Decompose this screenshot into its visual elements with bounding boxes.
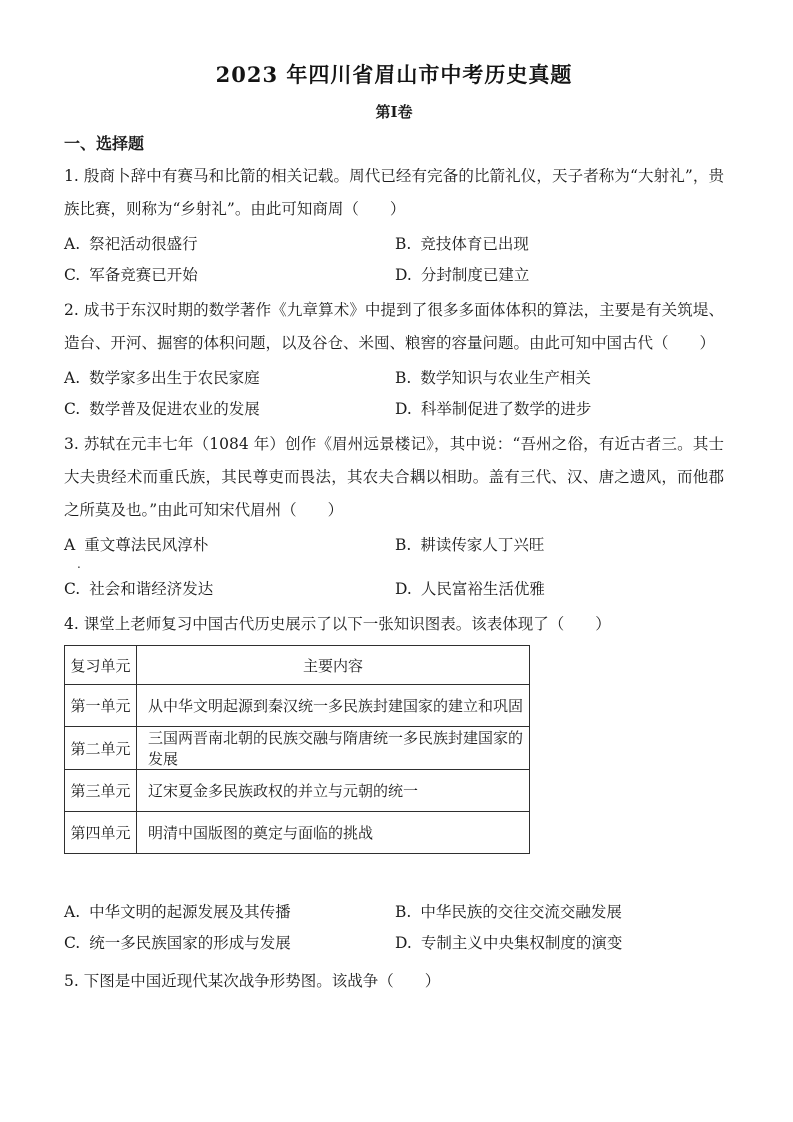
option-text: 科举制促进了数学的进步 [421,397,592,419]
question-4-option-d: D. 专制主义中央集权制度的演变 [395,931,724,953]
question-3-option-d: D. 人民富裕生活优雅 [395,577,724,599]
table-row: 第二单元 三国两晋南北朝的民族交融与隋唐统一多民族封建国家的发展 [65,727,530,770]
option-label: B. [395,536,411,554]
option-label: A. [64,903,80,921]
section-heading: 一、选择题 [64,133,724,155]
question-3-option-c: C. 社会和谐经济发达 [64,577,395,599]
option-text: 数学家多出生于农民家庭 [89,366,260,388]
table-cell-unit: 第三单元 [65,770,137,812]
option-label: C. [64,580,80,598]
question-2: 2. 成书于东汉时期的数学著作《九章算术》中提到了很多多面体体积的算法，主要是有… [64,294,724,423]
question-1-text: 1. 殷商卜辞中有赛马和比箭的相关记载。周代已经有完备的比箭礼仪，天子者称为“大… [64,160,724,226]
question-1-option-c: C. 军备竞赛已开始 [64,263,395,285]
option-text: 中华民族的交往交流交融发展 [420,900,622,922]
option-text: 重文尊法民风淳朴 [84,533,208,555]
question-4-option-c: C. 统一多民族国家的形成与发展 [64,931,395,953]
question-4-option-b: B. 中华民族的交往交流交融发展 [395,900,724,922]
table-header-content: 主要内容 [137,646,530,685]
option-text: 中华文明的起源发展及其传播 [89,900,291,922]
exam-document-page: 2023 年四川省眉山市中考历史真题 第I卷 一、选择题 1. 殷商卜辞中有赛马… [0,0,793,1122]
question-1-options-row-2: C. 军备竞赛已开始 D. 分封制度已建立 [64,258,724,289]
option-text: 分封制度已建立 [421,263,530,285]
table-row: 第一单元 从中华文明起源到秦汉统一多民族封建国家的建立和巩固 [65,685,530,727]
table-header-row: 复习单元 主要内容 [65,646,530,685]
option-text: 祭祀活动很盛行 [89,232,198,254]
table-cell-unit: 第二单元 [65,727,137,770]
knowledge-review-table: 复习单元 主要内容 第一单元 从中华文明起源到秦汉统一多民族封建国家的建立和巩固… [64,645,530,854]
table-cell-content: 三国两晋南北朝的民族交融与隋唐统一多民族封建国家的发展 [137,727,530,770]
option-text: 人民富裕生活优雅 [421,577,545,599]
option-text: 专制主义中央集权制度的演变 [421,931,623,953]
option-text: 竞技体育已出现 [420,232,529,254]
question-5-text: 5. 下图是中国近现代某次战争形势图。该战争（ ） [64,965,724,998]
question-3-option-a: A 重文尊法民风淳朴 [64,533,395,555]
option-text: 军备竞赛已开始 [89,263,198,285]
question-1-option-a: A. 祭祀活动很盛行 [64,232,395,254]
option-label: D. [395,266,412,284]
question-2-option-d: D. 科举制促进了数学的进步 [395,397,724,419]
question-2-text: 2. 成书于东汉时期的数学著作《九章算术》中提到了很多多面体体积的算法，主要是有… [64,294,724,360]
table-cell-unit: 第四单元 [65,812,137,854]
scan-stray-mark: . [64,559,724,572]
option-label: D. [395,580,412,598]
option-label: B. [395,235,411,253]
page-title: 2023 年四川省眉山市中考历史真题 [64,60,724,90]
option-label: D. [395,934,412,952]
option-label: C. [64,266,80,284]
question-4-text: 4. 课堂上老师复习中国古代历史展示了以下一张知识图表。该表体现了（ ） [64,608,724,641]
option-label: A [64,536,75,554]
question-4-options-row-2: C. 统一多民族国家的形成与发展 D. 专制主义中央集权制度的演变 [64,926,724,957]
option-label: C. [64,934,80,952]
question-4-options-row-1: A. 中华文明的起源发展及其传播 B. 中华民族的交往交流交融发展 [64,895,724,926]
question-2-options-row-1: A. 数学家多出生于农民家庭 B. 数学知识与农业生产相关 [64,361,724,392]
option-label: B. [395,369,411,387]
option-label: A. [64,235,80,253]
question-4: 4. 课堂上老师复习中国古代历史展示了以下一张知识图表。该表体现了（ ） 复习单… [64,608,724,957]
question-2-option-c: C. 数学普及促进农业的发展 [64,397,395,419]
question-1-option-d: D. 分封制度已建立 [395,263,724,285]
question-5: 5. 下图是中国近现代某次战争形势图。该战争（ ） [64,965,724,998]
option-label: D. [395,400,412,418]
option-text: 数学普及促进农业的发展 [89,397,260,419]
volume-heading: 第I卷 [64,102,724,122]
question-3-text: 3. 苏轼在元丰七年（1084 年）创作《眉州远景楼记》，其中说：“吾州之俗，有… [64,428,724,527]
table-cell-content: 明清中国版图的奠定与面临的挑战 [137,812,530,854]
table-header-unit: 复习单元 [65,646,137,685]
question-4-option-a: A. 中华文明的起源发展及其传播 [64,900,395,922]
option-label: C. [64,400,80,418]
question-3: 3. 苏轼在元丰七年（1084 年）创作《眉州远景楼记》，其中说：“吾州之俗，有… [64,428,724,603]
question-1-options-row-1: A. 祭祀活动很盛行 B. 竞技体育已出现 [64,227,724,258]
option-text: 统一多民族国家的形成与发展 [89,931,291,953]
table-row: 第三单元 辽宋夏金多民族政权的并立与元朝的统一 [65,770,530,812]
question-2-option-b: B. 数学知识与农业生产相关 [395,366,724,388]
question-3-option-b: B. 耕读传家人丁兴旺 [395,533,724,555]
option-label: B. [395,903,411,921]
option-label: A. [64,369,80,387]
option-text: 数学知识与农业生产相关 [420,366,591,388]
question-2-options-row-2: C. 数学普及促进农业的发展 D. 科举制促进了数学的进步 [64,392,724,423]
table-cell-unit: 第一单元 [65,685,137,727]
table-cell-content: 从中华文明起源到秦汉统一多民族封建国家的建立和巩固 [137,685,530,727]
question-2-option-a: A. 数学家多出生于农民家庭 [64,366,395,388]
question-1: 1. 殷商卜辞中有赛马和比箭的相关记载。周代已经有完备的比箭礼仪，天子者称为“大… [64,160,724,289]
question-3-options-row-1: A 重文尊法民风淳朴 B. 耕读传家人丁兴旺 [64,528,724,559]
question-3-options-row-2: C. 社会和谐经济发达 D. 人民富裕生活优雅 [64,572,724,603]
option-text: 耕读传家人丁兴旺 [420,533,544,555]
table-row: 第四单元 明清中国版图的奠定与面临的挑战 [65,812,530,854]
question-1-option-b: B. 竞技体育已出现 [395,232,724,254]
table-cell-content: 辽宋夏金多民族政权的并立与元朝的统一 [137,770,530,812]
option-text: 社会和谐经济发达 [89,577,213,599]
